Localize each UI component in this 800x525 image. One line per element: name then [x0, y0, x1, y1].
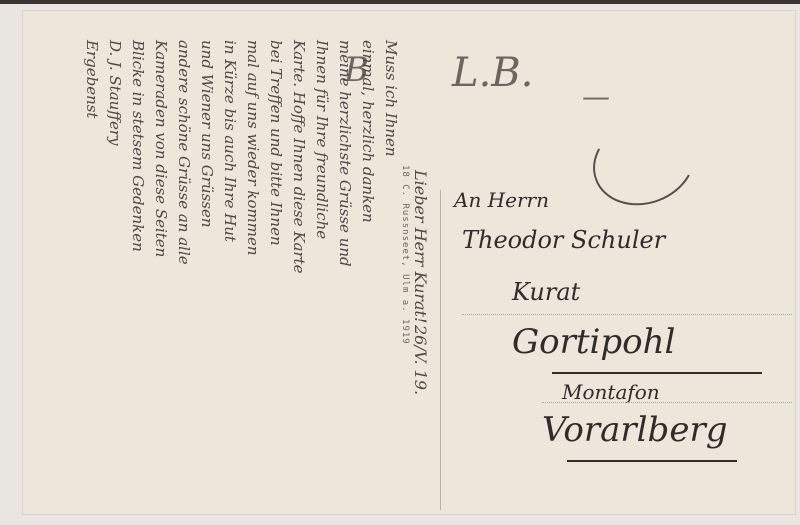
- message-line: Kameraden von diese Seiten: [152, 40, 170, 257]
- message-line: Blicke in stetsem Gedenken: [129, 40, 147, 252]
- message-line: andere schöne Grüsse an alle: [175, 40, 193, 265]
- printed-imprint: 18 C. Russnseet, Ulm a. 1919: [400, 165, 410, 345]
- address-salutation: An Herrn: [454, 188, 549, 212]
- message-line: und Wiener uns Grüssen: [198, 40, 216, 228]
- message-line: Muss ich Ihnen: [382, 40, 400, 157]
- town-underline: [552, 372, 762, 374]
- message-line: in Kürze bis auch Ihre Hut: [221, 40, 239, 242]
- pencil-mark-initials: L.B.: [452, 50, 533, 96]
- postcard: B L.B. — 18 C. Russnseet, Ulm a. 1919 Li…: [22, 10, 796, 515]
- region-underline: [567, 460, 737, 462]
- address-valley: Montafon: [562, 380, 660, 404]
- address-region: Vorarlberg: [542, 410, 727, 450]
- address-line-2: [542, 402, 792, 403]
- message-line: Karte. Hoffe Ihnen diese Karte: [290, 40, 308, 274]
- message-salutation: Lieber Herr Kurat!: [411, 170, 430, 323]
- message-line: meine herzlichste Grüsse und: [336, 40, 354, 267]
- message-line: Ergebenst: [83, 40, 101, 118]
- address-name: Theodor Schuler: [462, 226, 665, 254]
- date: 26/V. 19.: [411, 325, 430, 395]
- message-line: mal auf uns wieder kommen: [244, 40, 262, 255]
- message-line: einmal, herzlich danken: [359, 40, 377, 223]
- postmark: [581, 105, 707, 220]
- address-town: Gortipohl: [512, 322, 675, 362]
- card-divider: [440, 190, 441, 510]
- message-line: Ihnen für Ihre freundliche: [313, 40, 331, 239]
- message-line: D. J. Stauffery: [106, 40, 124, 145]
- address-title: Kurat: [512, 278, 580, 306]
- address-line-1: [462, 314, 792, 315]
- pencil-mark-dash: —: [582, 80, 610, 113]
- message-line: bei Treffen und bitte Ihnen: [267, 40, 285, 246]
- scan-top-edge: [0, 0, 800, 4]
